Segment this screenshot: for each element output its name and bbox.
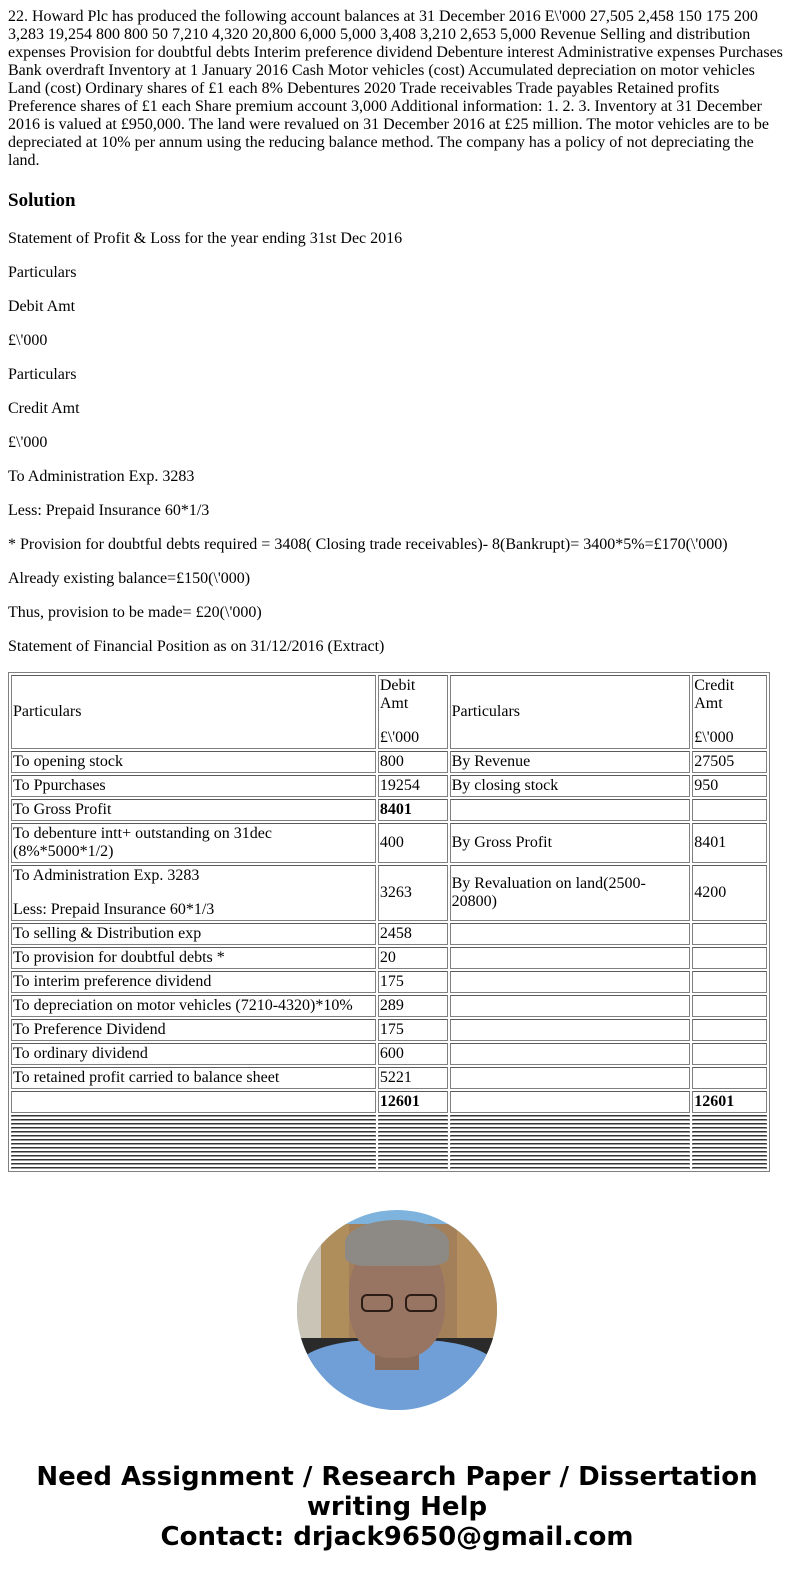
empty-cell: [11, 1127, 376, 1129]
empty-cell: [378, 1159, 448, 1161]
label-credit-amt: Credit Amt: [8, 400, 786, 418]
provision-calc-note: * Provision for doubtful debts required …: [8, 536, 786, 554]
existing-balance-note: Already existing balance=£150(\'000): [8, 570, 786, 588]
debit-particulars: To Ppurchases: [11, 775, 376, 797]
empty-cell: [378, 1115, 448, 1117]
label-particulars: Particulars: [8, 366, 786, 384]
empty-cell: [378, 1119, 448, 1121]
credit-particulars: [450, 1043, 691, 1065]
debit-amount: 175: [378, 1019, 448, 1041]
empty-cell: [378, 1151, 448, 1153]
empty-cell: [378, 1139, 448, 1141]
table-row: To ordinary dividend600: [11, 1043, 767, 1065]
credit-particulars: [450, 1067, 691, 1089]
empty-row: [11, 1115, 767, 1117]
empty-row: [11, 1119, 767, 1121]
promo-line-1: Need Assignment / Research Paper / Disse…: [8, 1462, 786, 1492]
page-content: 22. Howard Plc has produced the followin…: [0, 0, 794, 1572]
empty-cell: [692, 1123, 767, 1125]
empty-row: [11, 1123, 767, 1125]
debit-total: 12601: [378, 1091, 448, 1113]
credit-amount: 8401: [692, 823, 767, 863]
empty-cell: [378, 1131, 448, 1133]
empty-cell: [11, 1159, 376, 1161]
empty-row: [11, 1127, 767, 1129]
empty-cell: [450, 1155, 691, 1157]
debit-amount: 400: [378, 823, 448, 863]
profit-loss-table: Particulars Debit Amt £\'000 Particulars…: [8, 672, 770, 1172]
empty-cell: [450, 1151, 691, 1153]
credit-particulars: [450, 799, 691, 821]
promo-line-2: writing Help: [8, 1492, 786, 1522]
empty-row: [11, 1135, 767, 1137]
empty-cell: [450, 1115, 691, 1117]
credit-particulars: [450, 1019, 691, 1041]
credit-particulars: [450, 947, 691, 969]
empty-cell: [450, 1127, 691, 1129]
empty-cell: [450, 1163, 691, 1165]
debit-particulars-text: To Preference Dividend: [13, 1021, 374, 1039]
debit-amount: 8401: [378, 799, 448, 821]
debit-particulars: To interim preference dividend: [11, 971, 376, 993]
table-row: To debenture intt+ outstanding on 31dec …: [11, 823, 767, 863]
label-particulars: Particulars: [8, 264, 786, 282]
totals-label: [11, 1091, 376, 1113]
debit-particulars: To Preference Dividend: [11, 1019, 376, 1041]
debit-particulars-text: To provision for doubtful debts *: [13, 949, 374, 967]
debit-particulars-text: Less: Prepaid Insurance 60*1/3: [13, 901, 374, 919]
table-row: To retained profit carried to balance sh…: [11, 1067, 767, 1089]
empty-cell: [11, 1143, 376, 1145]
financial-position-title: Statement of Financial Position as on 31…: [8, 638, 786, 656]
debit-amount: 175: [378, 971, 448, 993]
credit-particulars: [450, 995, 691, 1017]
debit-particulars: To provision for doubtful debts *: [11, 947, 376, 969]
credit-unit-label: £\'000: [694, 729, 765, 747]
table-row: To interim preference dividend175: [11, 971, 767, 993]
credit-amount: [692, 1019, 767, 1041]
empty-cell: [11, 1167, 376, 1169]
provision-made-note: Thus, provision to be made= £20(\'000): [8, 604, 786, 622]
empty-cell: [450, 1159, 691, 1161]
credit-particulars: [450, 971, 691, 993]
empty-cell: [450, 1123, 691, 1125]
empty-cell: [450, 1167, 691, 1169]
empty-cell: [11, 1147, 376, 1149]
debit-particulars-text: To retained profit carried to balance sh…: [13, 1069, 374, 1087]
credit-amount: [692, 947, 767, 969]
credit-amount: [692, 1043, 767, 1065]
promo-contact[interactable]: Contact: drjack9650@gmail.com: [8, 1522, 786, 1552]
empty-cell: [450, 1135, 691, 1137]
table-row: To Ppurchases19254By closing stock950: [11, 775, 767, 797]
credit-amount: 950: [692, 775, 767, 797]
debit-particulars: To Gross Profit: [11, 799, 376, 821]
totals-row: 12601 12601: [11, 1091, 767, 1113]
credit-particulars: By Revenue: [450, 751, 691, 773]
debit-particulars-text: To Ppurchases: [13, 777, 374, 795]
avatar-container: [8, 1210, 786, 1410]
empty-cell: [378, 1127, 448, 1129]
credit-amount: 27505: [692, 751, 767, 773]
debit-amt-label: Debit Amt: [380, 677, 446, 713]
empty-row: [11, 1155, 767, 1157]
empty-cell: [450, 1139, 691, 1141]
question-text: 22. Howard Plc has produced the followin…: [8, 8, 786, 170]
empty-cell: [692, 1167, 767, 1169]
empty-row: [11, 1131, 767, 1133]
credit-amount: [692, 799, 767, 821]
debit-particulars-text: To Administration Exp. 3283: [13, 867, 374, 885]
debit-amount: 3263: [378, 865, 448, 921]
debit-particulars: To debenture intt+ outstanding on 31dec …: [11, 823, 376, 863]
debit-amount: 800: [378, 751, 448, 773]
empty-cell: [11, 1123, 376, 1125]
empty-cell: [378, 1163, 448, 1165]
promo-banner: Need Assignment / Research Paper / Disse…: [8, 1462, 786, 1572]
empty-cell: [11, 1131, 376, 1133]
credit-amount: [692, 1067, 767, 1089]
debit-amount: 2458: [378, 923, 448, 945]
credit-total: 12601: [692, 1091, 767, 1113]
table-row: To Administration Exp. 3283Less: Prepaid…: [11, 865, 767, 921]
debit-particulars: To opening stock: [11, 751, 376, 773]
empty-cell: [378, 1123, 448, 1125]
credit-amt-label: Credit Amt: [694, 677, 765, 713]
empty-cell: [11, 1115, 376, 1117]
table-row: To Preference Dividend175: [11, 1019, 767, 1041]
empty-cell: [378, 1167, 448, 1169]
debit-unit-label: £\'000: [380, 729, 446, 747]
empty-cell: [450, 1143, 691, 1145]
debit-amount: 600: [378, 1043, 448, 1065]
debit-amount: 5221: [378, 1067, 448, 1089]
credit-amount: [692, 971, 767, 993]
empty-cell: [11, 1135, 376, 1137]
empty-cell: [11, 1151, 376, 1153]
debit-particulars-text: To selling & Distribution exp: [13, 925, 374, 943]
table-row: To opening stock800By Revenue27505: [11, 751, 767, 773]
debit-amount: 19254: [378, 775, 448, 797]
debit-particulars-text: To depreciation on motor vehicles (7210-…: [13, 997, 374, 1015]
empty-row: [11, 1163, 767, 1165]
empty-cell: [11, 1139, 376, 1141]
credit-amount: 4200: [692, 865, 767, 921]
empty-row: [11, 1151, 767, 1153]
credit-amount: [692, 995, 767, 1017]
empty-cell: [692, 1127, 767, 1129]
empty-cell: [692, 1155, 767, 1157]
hair-shape: [345, 1220, 449, 1266]
header-debit-amt: Debit Amt £\'000: [378, 675, 448, 749]
label-debit-amt: Debit Amt: [8, 298, 786, 316]
table-row: To depreciation on motor vehicles (7210-…: [11, 995, 767, 1017]
empty-cell: [11, 1163, 376, 1165]
credit-particulars: By Revaluation on land(2500-20800): [450, 865, 691, 921]
empty-cell: [692, 1131, 767, 1133]
debit-particulars-text: To ordinary dividend: [13, 1045, 374, 1063]
label-credit-unit: £\'000: [8, 434, 786, 452]
header-credit-particulars: Particulars: [450, 675, 691, 749]
debit-particulars: To depreciation on motor vehicles (7210-…: [11, 995, 376, 1017]
empty-cell: [692, 1135, 767, 1137]
empty-cell: [450, 1131, 691, 1133]
credit-particulars: By closing stock: [450, 775, 691, 797]
glasses-icon: [361, 1294, 437, 1314]
empty-cell: [450, 1119, 691, 1121]
table-row: To provision for doubtful debts *20: [11, 947, 767, 969]
empty-cell: [692, 1159, 767, 1161]
empty-cell: [11, 1155, 376, 1157]
admin-exp-note: To Administration Exp. 3283: [8, 468, 786, 486]
table-row: To selling & Distribution exp2458: [11, 923, 767, 945]
debit-particulars: To retained profit carried to balance sh…: [11, 1067, 376, 1089]
solution-heading: Solution: [8, 190, 786, 212]
header-credit-amt: Credit Amt £\'000: [692, 675, 767, 749]
debit-particulars-text: To opening stock: [13, 753, 374, 771]
empty-cell: [378, 1143, 448, 1145]
empty-cell: [378, 1147, 448, 1149]
prepaid-insurance-note: Less: Prepaid Insurance 60*1/3: [8, 502, 786, 520]
empty-cell: [692, 1139, 767, 1141]
table-row: To Gross Profit8401: [11, 799, 767, 821]
empty-row: [11, 1139, 767, 1141]
label-debit-unit: £\'000: [8, 332, 786, 350]
empty-row: [11, 1167, 767, 1169]
empty-cell: [378, 1135, 448, 1137]
empty-row: [11, 1159, 767, 1161]
empty-cell: [692, 1151, 767, 1153]
header-debit-particulars: Particulars: [11, 675, 376, 749]
credit-amount: [692, 923, 767, 945]
empty-cell: [692, 1143, 767, 1145]
empty-cell: [450, 1147, 691, 1149]
empty-row: [11, 1147, 767, 1149]
solution-paragraphs: Statement of Profit & Loss for the year …: [8, 230, 786, 656]
empty-cell: [692, 1119, 767, 1121]
debit-particulars-text: To Gross Profit: [13, 801, 374, 819]
empty-cell: [692, 1163, 767, 1165]
tutor-avatar: [297, 1210, 497, 1410]
debit-particulars: To selling & Distribution exp: [11, 923, 376, 945]
debit-amount: 289: [378, 995, 448, 1017]
statement-title: Statement of Profit & Loss for the year …: [8, 230, 786, 248]
debit-particulars: To Administration Exp. 3283Less: Prepaid…: [11, 865, 376, 921]
empty-cell: [378, 1155, 448, 1157]
debit-particulars-text: To debenture intt+ outstanding on 31dec …: [13, 825, 374, 861]
empty-row: [11, 1143, 767, 1145]
debit-particulars: To ordinary dividend: [11, 1043, 376, 1065]
empty-cell: [11, 1119, 376, 1121]
empty-cell: [692, 1115, 767, 1117]
debit-amount: 20: [378, 947, 448, 969]
empty-cell: [692, 1147, 767, 1149]
credit-particulars: [450, 923, 691, 945]
totals-spacer: [450, 1091, 691, 1113]
table-header-row: Particulars Debit Amt £\'000 Particulars…: [11, 675, 767, 749]
debit-particulars-text: To interim preference dividend: [13, 973, 374, 991]
credit-particulars: By Gross Profit: [450, 823, 691, 863]
